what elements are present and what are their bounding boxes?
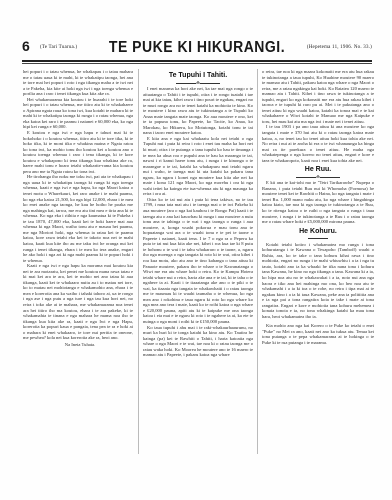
article-paragraph: Otira ko te tai nui atu i puta ki tena t… xyxy=(143,197,253,325)
headline-kohuru: He Kohuru. xyxy=(262,227,374,236)
article-paragraph: I te tau 1903 i pa ano taua aituu ki ana… xyxy=(262,124,374,163)
issue-info: (Hepetema 11, 1906. No. 33.) xyxy=(307,45,372,50)
article-paragraph: E kiia ana e nga kai whakaatu kola nei t… xyxy=(143,136,253,197)
article-paragraph: o reira, tae noa ki nga maara kokonaiti … xyxy=(262,69,374,124)
masthead: 6 (Te Tari Tuarua.) TE PUKE KI HIKURANGI… xyxy=(22,40,372,58)
column-divider xyxy=(138,69,139,454)
article-paragraph: hei popuri i o tatau whenua, he whakapau… xyxy=(23,69,133,97)
article-signature: Na Ineia Tuhata. xyxy=(23,342,133,348)
headline-ruu: He Ruu. xyxy=(262,165,374,174)
article-paragraph: Hei whakamarama kia koutou i te huarahi … xyxy=(23,97,133,130)
headline-ornament: :0: xyxy=(143,80,253,85)
masthead-rule-thin xyxy=(22,63,372,64)
article-paragraph: He tirohanga iho noku me toku iwi, pai a… xyxy=(23,174,133,263)
column-divider xyxy=(257,69,258,454)
article-paragraph: Kaati e nga iwi e nga hapu ka morama mai… xyxy=(23,263,133,341)
column-2: Te Tupuhi I Tahiti. :0: I enei marama ka… xyxy=(143,69,253,358)
newspaper-page: 6 (Te Tari Tuarua.) TE PUKE KI HIKURANGI… xyxy=(0,0,392,500)
article-paragraph: I enei marama ka hori ake nei, ka tae ma… xyxy=(143,86,253,136)
column-3: o reira, tae noa ki nga maara kokonaiti … xyxy=(262,69,374,346)
headline-ornament: :0: xyxy=(262,174,374,179)
column-1: hei popuri i o tatau whenua, he whakapau… xyxy=(23,69,133,347)
article-paragraph: Kotahi tetahi kotiro i whakamatea mo run… xyxy=(262,242,374,320)
article-paragraph: Ko taua tupuhi i ahu mai i te raki-whaka… xyxy=(143,325,253,358)
article-paragraph: E kii ana te kai-tohi mo te "Teiri Tarik… xyxy=(262,180,374,224)
headline-tupuhi: Te Tupuhi I Tahiti. xyxy=(143,71,253,80)
headline-ornament xyxy=(262,236,374,241)
article-paragraph: E koutou e nga iwi e nga hapu e tahuri m… xyxy=(23,130,133,174)
article-paragraph: Kia mohio ano nga kai Korero o te Puke k… xyxy=(262,323,374,345)
masthead-rule-thick xyxy=(22,60,372,62)
